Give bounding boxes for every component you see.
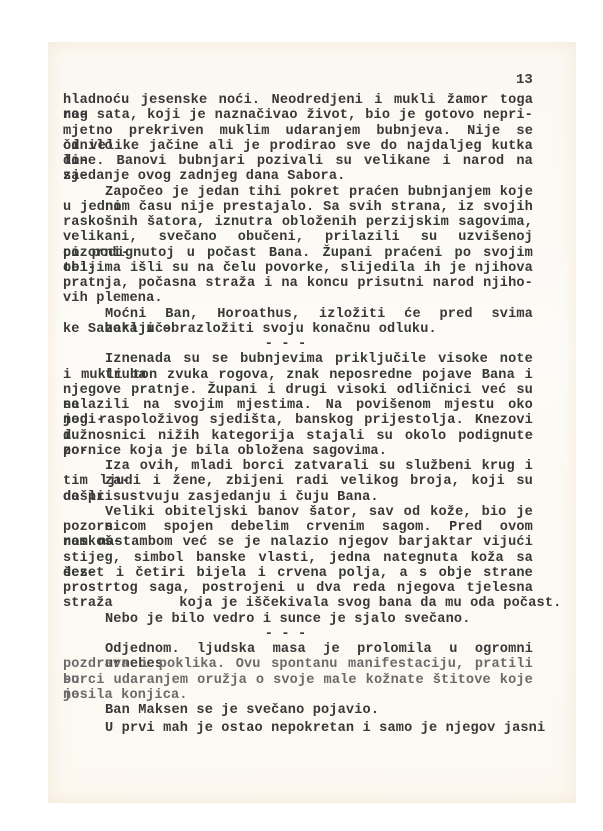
paragraph: Moćni Ban, Horoathus, izložiti će pred s… (63, 307, 533, 338)
text-line: Ban Maksen se je svečano pojavio. (63, 703, 533, 718)
text-line: ke Sabora i obrazložiti svoju konačnu od… (63, 322, 533, 337)
text-line: pozdrava i poklika. Ovu spontanu manifes… (63, 657, 533, 672)
text-line: Nebo je bilo vedro i sunce je sjalo sveč… (63, 612, 533, 627)
text-line: U prvi mah je ostao nepokretan i samo je… (63, 721, 533, 736)
text-line: ci podignutoj u počast Bana. Župani prać… (63, 246, 533, 261)
text-line: Iza ovih, mladi borci zatvarali su služb… (63, 459, 533, 474)
text-line: velikani, svečano obučeni, prilazili su … (63, 230, 533, 245)
page-number: 13 (516, 72, 533, 88)
text-line: Veliki obiteljski banov šator, sav od ko… (63, 505, 533, 520)
text-line: od velike jačine ali je prodirao sve do … (63, 139, 533, 154)
text-line: vih plemena. (63, 291, 533, 306)
text-line: i mukli ton zvuka rogova, znak neposredn… (63, 368, 533, 383)
section-separator: - - - (63, 337, 533, 352)
text-line: Iznenada su se bubnjevima priključile vi… (63, 352, 533, 367)
section-separator: - - - (63, 627, 533, 642)
paragraph: Započeo je jedan tihi pokret praćen bubn… (63, 185, 533, 307)
paragraph: Veliki obiteljski banov šator, sav od ko… (63, 505, 533, 612)
body-text: hladnoću jesenske noći. Neodredjeni i mu… (63, 93, 533, 737)
text-line: teljima išli su na čelu povorke, slijedi… (63, 261, 533, 276)
text-line: sjedanje ovog zadnjeg dana Sabora. (63, 169, 533, 184)
text-line: nog sata, koji je naznačivao život, bio … (63, 108, 533, 123)
text-line: nalazili na svojim mjestima. Na povišeno… (63, 398, 533, 413)
text-line: nosila konjica. (63, 688, 533, 703)
paragraph: Nebo je bilo vedro i sunce je sjalo sveč… (63, 612, 533, 627)
text-line: borci udaranjem oružja o svoje male kožn… (63, 673, 533, 688)
paragraph: hladnoću jesenske noći. Neodredjeni i mu… (63, 93, 533, 185)
text-line: raskošnih šatora, iznutra obloženih perz… (63, 215, 533, 230)
scanned-page: 13 hladnoću jesenske noći. Neodredjeni i… (48, 42, 576, 803)
text-line: line. Banovi bubnjari pozivali su velika… (63, 154, 533, 169)
text-line: dužnosnici nižih kategorija stajali su o… (63, 429, 533, 444)
text-line: stijeg, simbol banske vlasti, jedna nate… (63, 551, 533, 566)
text-line: nog raspoloživog sjedišta, banskog prije… (63, 413, 533, 428)
text-line: mjetno prekriven muklim udaranjem bubnje… (63, 124, 533, 139)
text-line: Započeo je jedan tihi pokret praćen bubn… (63, 185, 533, 200)
text-line: hladnoću jesenske noći. Neodredjeni i mu… (63, 93, 533, 108)
text-line: da prisustvuju zasjedanju i čuju Bana. (63, 490, 533, 505)
text-line: nom nastambom već se je nalazio njegov b… (63, 535, 533, 550)
text-line: pratnja, počasna straža i na koncu prisu… (63, 276, 533, 291)
text-line: prostrtog saga, postrojeni u dva reda nj… (63, 581, 533, 596)
text-line: Odjednom. ljudska masa je prolomila u og… (63, 642, 533, 657)
paragraph: Ban Maksen se je svečano pojavio. (63, 703, 533, 718)
text-line: pozornicom spojen debelim crvenim sagom.… (63, 520, 533, 535)
paragraph: Iza ovih, mladi borci zatvarali su služb… (63, 459, 533, 505)
text-line: deset i četiri bijela i crvena polja, a … (63, 566, 533, 581)
paragraph: Iznenada su se bubnjevima priključile vi… (63, 352, 533, 459)
paragraph: U prvi mah je ostao nepokretan i samo je… (63, 721, 533, 736)
paragraph: Odjednom. ljudska masa je prolomila u og… (63, 642, 533, 703)
text-line: straža koja je iščekivala svog bana da m… (63, 596, 533, 611)
text-line: tim ljudi i žene, zbijeni radi velikog b… (63, 474, 533, 489)
text-line: u jednom času nije prestajalo. Sa svih s… (63, 200, 533, 215)
text-line: Moćni Ban, Horoathus, izložiti će pred s… (63, 307, 533, 322)
text-line: zornice koja je bila obložena sagovima. (63, 444, 533, 459)
text-line: njegove pratnje. Župani i drugi visoki o… (63, 383, 533, 398)
